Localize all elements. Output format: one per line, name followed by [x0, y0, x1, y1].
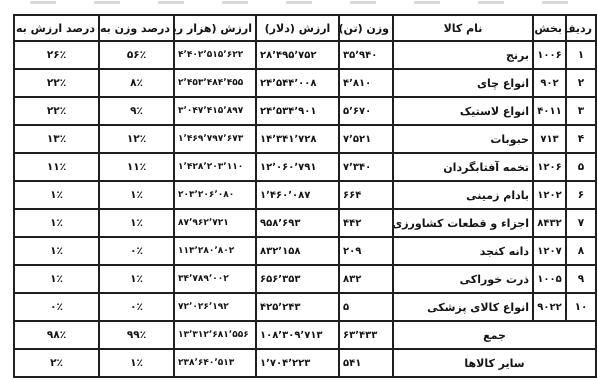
table-row: ۲ ۹۰۲ انواع چای ۴٬۸۱۰ ۲۴٬۵۴۴٬۰۰۸ ۲٬۴۵۳٬۴… — [14, 69, 596, 97]
weight-cell: ۷٬۳۴۰ — [339, 153, 393, 181]
value-pct-cell: ۲۲٪ — [14, 69, 99, 97]
table-row: ۶ ۱۲۰۲ بادام زمینی ۶۶۴ ۱٬۴۶۰٬۰۸۷ ۲۰۳٬۲۰۶… — [14, 181, 596, 209]
header-value-rial: ارزش (هزار ریال) — [174, 15, 256, 41]
section-code-cell: ۸۴۳۲ — [533, 209, 566, 237]
value-rial-cell: ۱۳٬۳۱۲٬۶۸۱٬۵۵۶ — [174, 321, 256, 349]
row-number-cell: ۳ — [566, 97, 596, 125]
section-code-cell: ۱۲۰۶ — [533, 153, 566, 181]
weight-pct-cell: ۹۹٪ — [99, 321, 174, 349]
section-code-cell: ۹۰۲۲ — [533, 293, 566, 321]
total-row: جمع ۶۳٬۴۳۳ ۱۰۸٬۳۰۹٬۷۱۳ ۱۳٬۳۱۲٬۶۸۱٬۵۵۶ ۹۹… — [14, 321, 596, 349]
section-code-cell: ۱۲۰۲ — [533, 181, 566, 209]
weight-pct-cell: ۸٪ — [99, 69, 174, 97]
header-value-pct: درصد ارزش به کل — [14, 15, 99, 41]
weight-cell: ۶۶۴ — [339, 181, 393, 209]
product-name-cell: اجزاء و قطعات کشاورزی — [393, 209, 533, 237]
weight-cell: ۳۵٬۹۴۰ — [339, 41, 393, 69]
weight-pct-cell: ۱٪ — [99, 265, 174, 293]
value-usd-cell: ۲۴٬۵۴۴٬۰۰۸ — [256, 69, 339, 97]
value-usd-cell: ۶۵۶٬۳۵۳ — [256, 265, 339, 293]
table-row: ۵ ۱۲۰۶ تخمه آفتابگردان ۷٬۳۴۰ ۱۲٬۰۶۰٬۷۹۱ … — [14, 153, 596, 181]
row-number-cell: ۷ — [566, 209, 596, 237]
value-rial-cell: ۴٬۴۰۲٬۵۱۵٬۶۲۲ — [174, 41, 256, 69]
product-name-cell: برنج — [393, 41, 533, 69]
total-label-cell: جمع — [393, 321, 596, 349]
value-usd-cell: ۲۸٬۴۹۵٬۷۵۲ — [256, 41, 339, 69]
section-code-cell: ۴۰۱۱ — [533, 97, 566, 125]
weight-pct-cell: ۰٪ — [99, 237, 174, 265]
weight-cell: ۵٬۶۷۰ — [339, 97, 393, 125]
header-value-usd: ارزش (دلار) — [256, 15, 339, 41]
value-rial-cell: ۱٬۴۶۹٬۷۹۷٬۶۷۳ — [174, 125, 256, 153]
value-pct-cell: ۰٪ — [14, 293, 99, 321]
value-usd-cell: ۱٬۷۰۴٬۲۲۳ — [256, 349, 339, 377]
table-row: ۹ ۱۰۰۵ ذرت خوراکی ۸۳۲ ۶۵۶٬۳۵۳ ۳۴٬۷۸۹٬۰۰۲… — [14, 265, 596, 293]
weight-cell: ۸۳۲ — [339, 265, 393, 293]
value-pct-cell: ۲۶٪ — [14, 41, 99, 69]
product-name-cell: انواع کالای پزشکی — [393, 293, 533, 321]
table-row: ۸ ۱۲۰۷ دانه کنجد ۲۰۹ ۸۳۲٬۱۵۸ ۱۱۳٬۲۸۰٬۸۰۲… — [14, 237, 596, 265]
weight-pct-cell: ۱٪ — [99, 349, 174, 377]
value-rial-cell: ۲٬۴۵۳٬۴۸۴٬۴۵۵ — [174, 69, 256, 97]
header-weight: وزن (تن) — [339, 15, 393, 41]
value-rial-cell: ۱۱۳٬۲۸۰٬۸۰۲ — [174, 237, 256, 265]
value-pct-cell: ۹۸٪ — [14, 321, 99, 349]
weight-cell: ۷٬۵۲۱ — [339, 125, 393, 153]
product-name-cell: بادام زمینی — [393, 181, 533, 209]
weight-pct-cell: ۱٪ — [99, 181, 174, 209]
value-rial-cell: ۲۰۳٬۲۰۶٬۰۸۰ — [174, 181, 256, 209]
row-number-cell: ۲ — [566, 69, 596, 97]
section-code-cell: ۱۰۰۶ — [533, 41, 566, 69]
value-pct-cell: ۱٪ — [14, 237, 99, 265]
row-number-cell: ۹ — [566, 265, 596, 293]
value-pct-cell: ۱۳٪ — [14, 125, 99, 153]
row-number-cell: ۱ — [566, 41, 596, 69]
value-usd-cell: ۸۳۲٬۱۵۸ — [256, 237, 339, 265]
weight-cell: ۴۴۲ — [339, 209, 393, 237]
row-number-cell: ۵ — [566, 153, 596, 181]
product-name-cell: تخمه آفتابگردان — [393, 153, 533, 181]
weight-cell: ۲۰۹ — [339, 237, 393, 265]
table-row: ۱۰ ۹۰۲۲ انواع کالای پزشکی ۵ ۴۲۵٬۲۴۳ ۷۲٬۰… — [14, 293, 596, 321]
table-row: ۳ ۴۰۱۱ انواع لاستیک ۵٬۶۷۰ ۲۴٬۵۳۴٬۹۰۱ ۳٬۰… — [14, 97, 596, 125]
weight-pct-cell: ۱۲٪ — [99, 125, 174, 153]
product-name-cell: انواع چای — [393, 69, 533, 97]
value-pct-cell: ۲۲٪ — [14, 97, 99, 125]
value-usd-cell: ۹۵۸٬۶۹۳ — [256, 209, 339, 237]
table-header-row: ردیف بخش نام کالا وزن (تن) ارزش (دلار) ا… — [14, 15, 596, 41]
row-number-cell: ۸ — [566, 237, 596, 265]
table-row: ۱ ۱۰۰۶ برنج ۳۵٬۹۴۰ ۲۸٬۴۹۵٬۷۵۲ ۴٬۴۰۲٬۵۱۵٬… — [14, 41, 596, 69]
header-section: بخش — [533, 15, 566, 41]
row-number-cell: ۱۰ — [566, 293, 596, 321]
product-name-cell: حبوبات — [393, 125, 533, 153]
value-rial-cell: ۷۲٬۰۲۶٬۱۹۲ — [174, 293, 256, 321]
value-usd-cell: ۱٬۴۶۰٬۰۸۷ — [256, 181, 339, 209]
value-pct-cell: ۱۱٪ — [14, 153, 99, 181]
value-usd-cell: ۱۴٬۳۴۱٬۷۲۸ — [256, 125, 339, 153]
value-pct-cell: ۱٪ — [14, 181, 99, 209]
table-row: ۴ ۷۱۳ حبوبات ۷٬۵۲۱ ۱۴٬۳۴۱٬۷۲۸ ۱٬۴۶۹٬۷۹۷٬… — [14, 125, 596, 153]
product-name-cell: انواع لاستیک — [393, 97, 533, 125]
value-pct-cell: ۲٪ — [14, 349, 99, 377]
section-code-cell: ۹۰۲ — [533, 69, 566, 97]
section-code-cell: ۱۲۰۷ — [533, 237, 566, 265]
row-number-cell: ۴ — [566, 125, 596, 153]
header-product-name: نام کالا — [393, 15, 533, 41]
row-number-cell: ۶ — [566, 181, 596, 209]
value-usd-cell: ۲۴٬۵۳۴٬۹۰۱ — [256, 97, 339, 125]
value-usd-cell: ۴۲۵٬۲۴۳ — [256, 293, 339, 321]
other-goods-row: سایر کالاها ۵۴۱ ۱٬۷۰۴٬۲۲۳ ۲۳۸٬۶۴۰٬۵۱۳ ۱٪… — [14, 349, 596, 377]
value-rial-cell: ۳۴٬۷۸۹٬۰۰۲ — [174, 265, 256, 293]
weight-cell: ۵۴۱ — [339, 349, 393, 377]
value-rial-cell: ۱٬۴۲۸٬۲۰۳٬۱۱۰ — [174, 153, 256, 181]
product-name-cell: ذرت خوراکی — [393, 265, 533, 293]
header-weight-pct: درصد وزن به کل — [99, 15, 174, 41]
weight-cell: ۵ — [339, 293, 393, 321]
weight-pct-cell: ۵۶٪ — [99, 41, 174, 69]
section-code-cell: ۷۱۳ — [533, 125, 566, 153]
section-code-cell: ۱۰۰۵ — [533, 265, 566, 293]
value-usd-cell: ۱۲٬۰۶۰٬۷۹۱ — [256, 153, 339, 181]
value-rial-cell: ۳٬۰۴۷٬۴۱۵٬۸۹۷ — [174, 97, 256, 125]
table-row: ۷ ۸۴۳۲ اجزاء و قطعات کشاورزی ۴۴۲ ۹۵۸٬۶۹۳… — [14, 209, 596, 237]
value-rial-cell: ۸۷٬۹۶۲٬۷۲۱ — [174, 209, 256, 237]
other-goods-label-cell: سایر کالاها — [393, 349, 596, 377]
value-usd-cell: ۱۰۸٬۳۰۹٬۷۱۳ — [256, 321, 339, 349]
weight-pct-cell: ۱۱٪ — [99, 153, 174, 181]
value-rial-cell: ۲۳۸٬۶۴۰٬۵۱۳ — [174, 349, 256, 377]
value-pct-cell: ۱٪ — [14, 209, 99, 237]
weight-pct-cell: ۹٪ — [99, 97, 174, 125]
weight-pct-cell: ۰٪ — [99, 293, 174, 321]
weight-pct-cell: ۱٪ — [99, 209, 174, 237]
weight-cell: ۶۳٬۴۳۳ — [339, 321, 393, 349]
scan-artifact-line — [30, 1, 570, 4]
header-row-no: ردیف — [566, 15, 596, 41]
value-pct-cell: ۱٪ — [14, 265, 99, 293]
product-name-cell: دانه کنجد — [393, 237, 533, 265]
goods-table: ردیف بخش نام کالا وزن (تن) ارزش (دلار) ا… — [13, 14, 597, 378]
weight-cell: ۴٬۸۱۰ — [339, 69, 393, 97]
